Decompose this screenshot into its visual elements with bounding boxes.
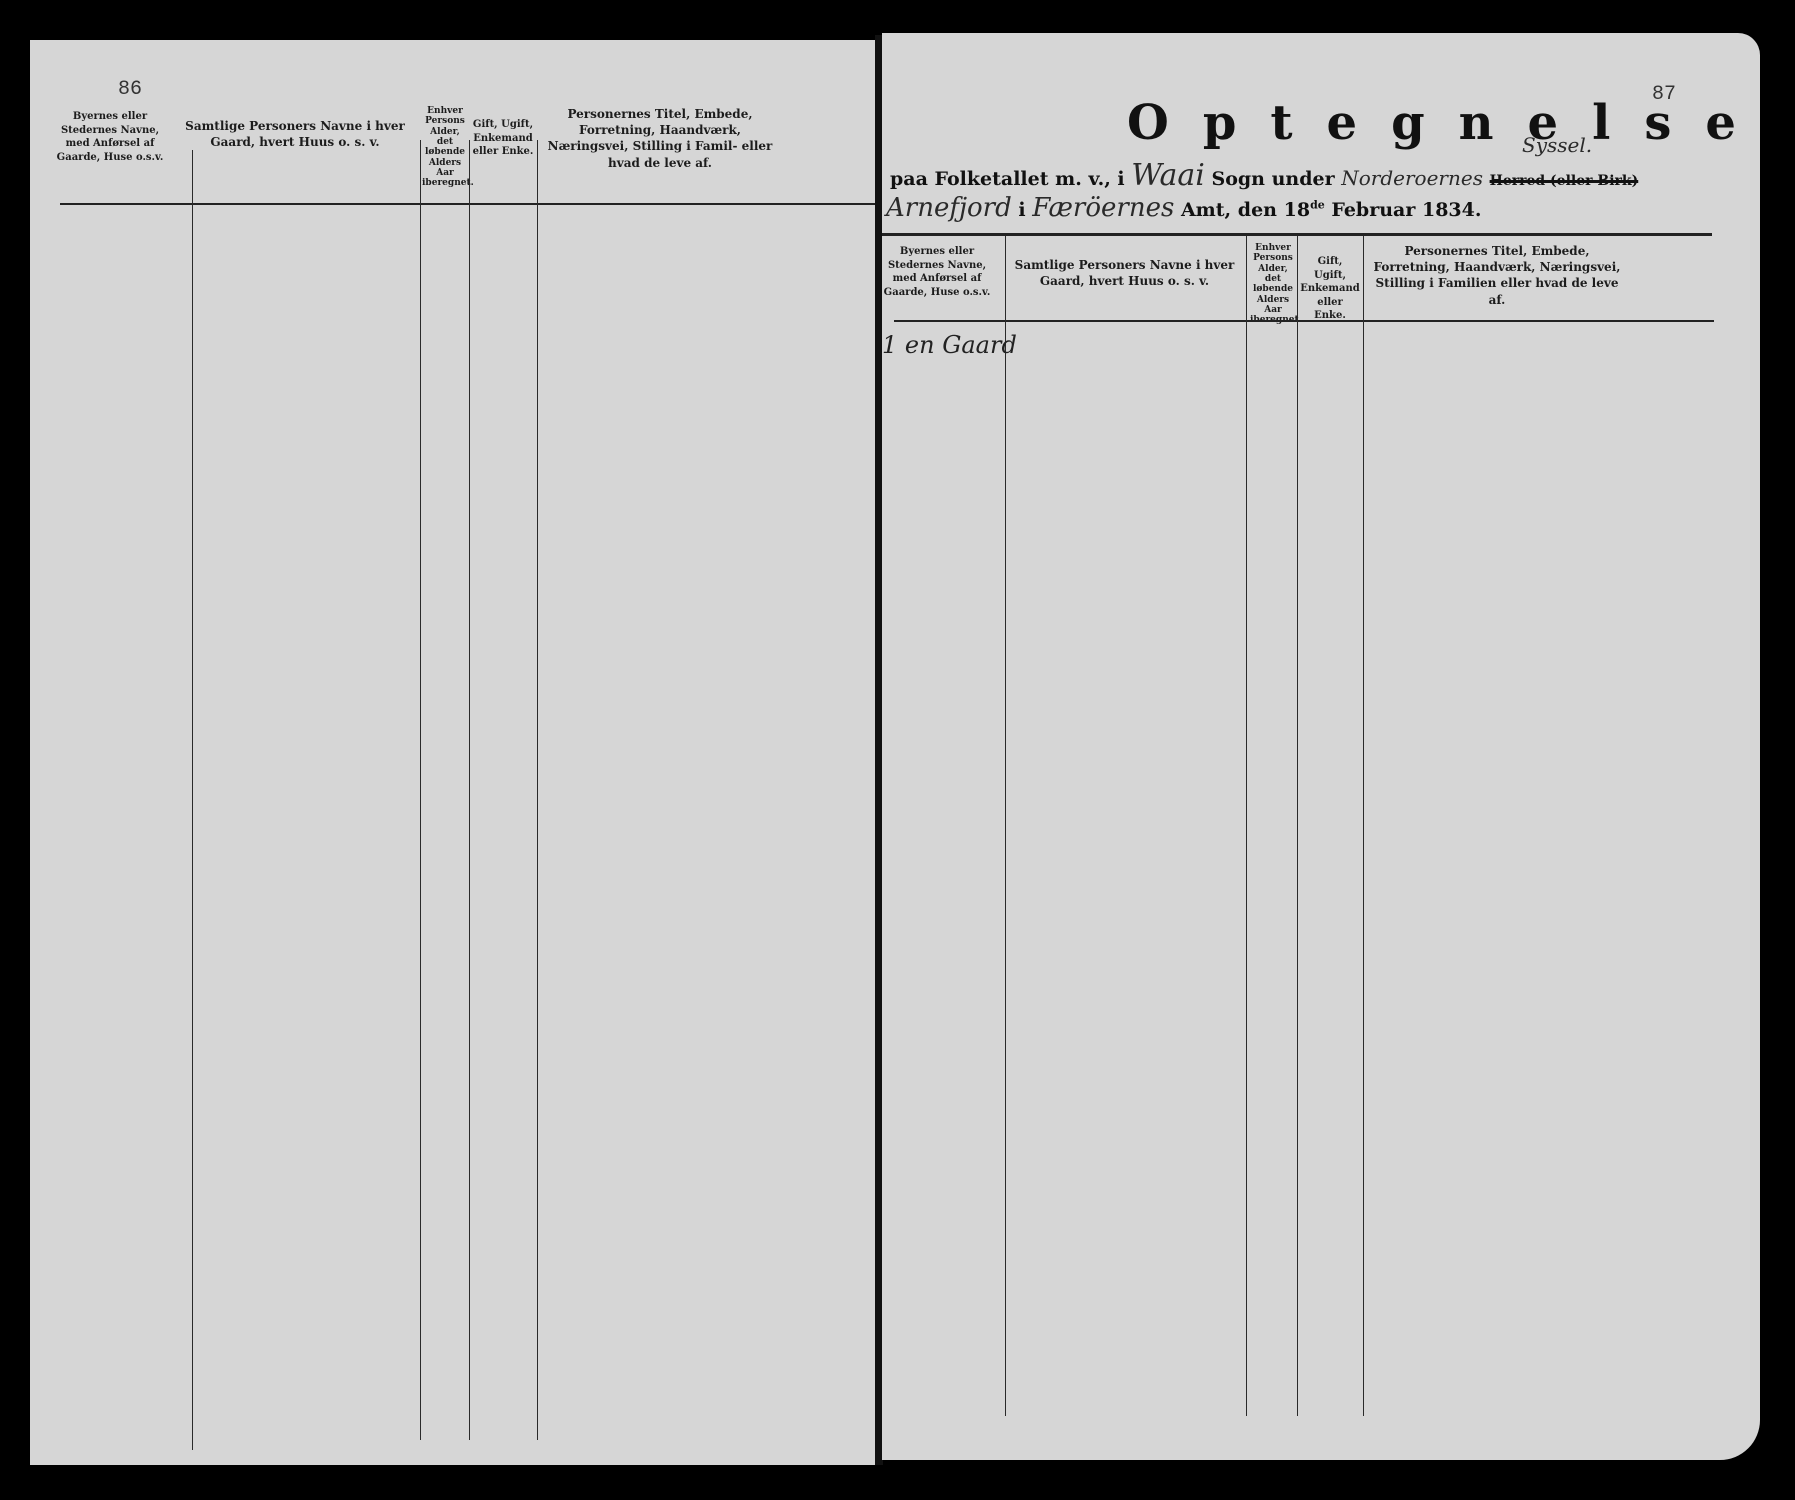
left-page: 86 Byernes eller Stedernes Navne, med An… bbox=[30, 40, 875, 1465]
left-header-occupation: Personernes Titel, Embede, Forretning, H… bbox=[540, 106, 780, 171]
right-column-divider bbox=[1297, 236, 1298, 1416]
right-column-divider bbox=[1246, 236, 1247, 1416]
title-line-2: Arnefjord i Færöernes Amt, den 18de Febr… bbox=[886, 193, 1481, 223]
left-header-names: Samtlige Personers Navne i hver Gaard, h… bbox=[175, 118, 415, 150]
month-year: Februar 1834. bbox=[1331, 199, 1481, 221]
day-suffix: de bbox=[1310, 199, 1325, 212]
right-column-divider bbox=[1005, 236, 1006, 1416]
line1-middle: Sogn under bbox=[1212, 168, 1335, 190]
left-column-divider bbox=[537, 140, 538, 1440]
left-column-divider bbox=[192, 150, 193, 1450]
left-column-divider bbox=[469, 140, 470, 1440]
page-number-left: 86 bbox=[118, 78, 142, 101]
left-header-age: Enhver Persons Alder, det løbende Alders… bbox=[422, 106, 468, 189]
right-header-place: Byernes eller Stedernes Navne, med Anfør… bbox=[882, 245, 992, 299]
right-header-names: Samtlige Personers Navne i hver Gaard, h… bbox=[1007, 257, 1242, 289]
day: 18 bbox=[1284, 199, 1310, 221]
left-header-rule bbox=[60, 203, 875, 205]
district-handwritten: Norderoernes bbox=[1341, 166, 1483, 190]
place-handwritten: Arnefjord bbox=[886, 193, 1012, 223]
line2-connector: i bbox=[1018, 199, 1025, 221]
county-handwritten: Færöernes bbox=[1032, 193, 1174, 223]
parish-handwritten: Waai bbox=[1131, 158, 1205, 193]
insert-handwritten: Syssel. bbox=[1522, 133, 1592, 157]
left-column-divider bbox=[420, 140, 421, 1440]
line1-prefix: paa Folketallet m. v., i bbox=[890, 168, 1125, 190]
right-header-age: Enhver Persons Alder, det løbende Alders… bbox=[1250, 243, 1296, 326]
table-cell-place: 1 en Gaard bbox=[882, 331, 1017, 359]
title-line-1: paa Folketallet m. v., i Waai Sogn under… bbox=[890, 158, 1638, 193]
left-header-civil: Gift, Ugift, Enkemand eller Enke. bbox=[472, 118, 534, 159]
left-header-place: Byernes eller Stedernes Navne, med Anfør… bbox=[55, 110, 165, 164]
document-title: Optegnelse bbox=[1127, 95, 1770, 151]
right-page: 87 Optegnelse paa Folketallet m. v., i W… bbox=[882, 33, 1760, 1460]
right-header-civil: Gift, Ugift, Enkemand eller Enke. bbox=[1300, 255, 1360, 323]
right-column-divider bbox=[1363, 236, 1364, 1416]
right-header-rule bbox=[894, 320, 1714, 322]
right-header-occupation: Personernes Titel, Embede, Forretning, H… bbox=[1367, 243, 1627, 308]
struck-text: Herred (eller Birk) bbox=[1490, 173, 1639, 189]
line2-suffix: Amt, den bbox=[1181, 199, 1277, 221]
